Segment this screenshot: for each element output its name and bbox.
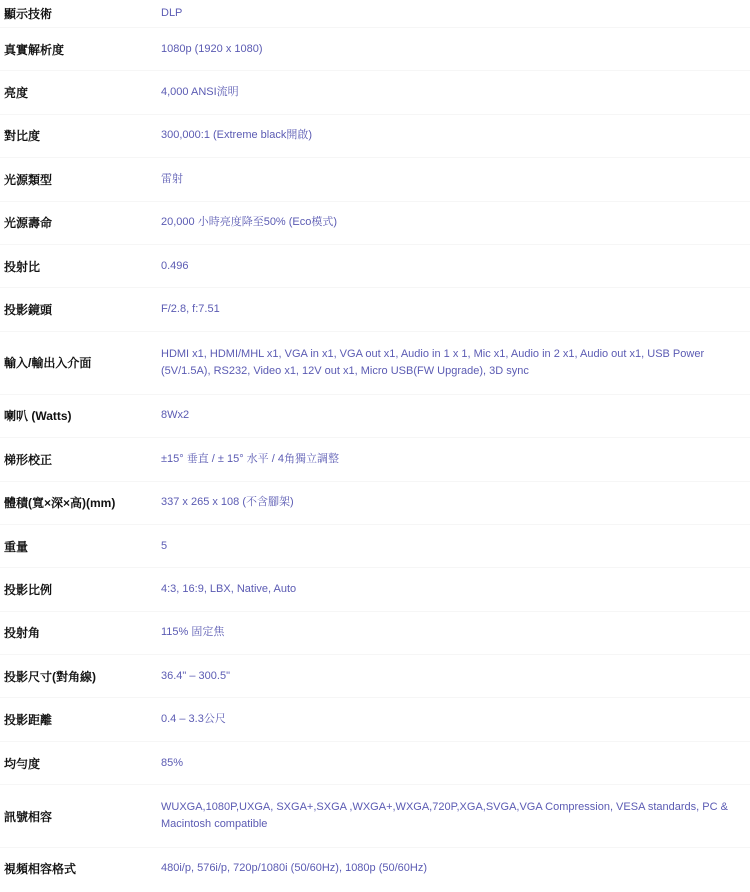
spec-value: 85% <box>161 741 750 784</box>
spec-row-brightness: 亮度 4,000 ANSI流明 <box>0 71 750 114</box>
spec-label: 投影比例 <box>0 568 161 611</box>
spec-label: 亮度 <box>0 71 161 114</box>
spec-value: 5 <box>161 524 750 567</box>
spec-value: HDMI x1, HDMI/MHL x1, VGA in x1, VGA out… <box>161 331 750 394</box>
spec-row-speaker: 喇叭 (Watts) 8Wx2 <box>0 394 750 437</box>
spec-value: 337 x 265 x 108 (不含腳架) <box>161 481 750 524</box>
spec-table: 顯示技術 DLP 真實解析度 1080p (1920 x 1080) 亮度 4,… <box>0 0 750 888</box>
spec-value: 36.4" – 300.5" <box>161 655 750 698</box>
spec-row-keystone: 梯形校正 ±15° 垂直 / ± 15° 水平 / 4角獨立調整 <box>0 438 750 481</box>
spec-label: 投射角 <box>0 611 161 654</box>
spec-row-dimensions: 體積(寬×深×高)(mm) 337 x 265 x 108 (不含腳架) <box>0 481 750 524</box>
spec-label: 喇叭 (Watts) <box>0 394 161 437</box>
spec-value: 8Wx2 <box>161 394 750 437</box>
spec-value: 0.496 <box>161 244 750 287</box>
spec-label: 輸入/輸出入介面 <box>0 331 161 394</box>
spec-row-light-source-life: 光源壽命 20,000 小時亮度降至50% (Eco模式) <box>0 201 750 244</box>
spec-value: 300,000:1 (Extreme black開啟) <box>161 114 750 157</box>
spec-label: 均勻度 <box>0 741 161 784</box>
spec-value: 480i/p, 576i/p, 720p/1080i (50/60Hz), 10… <box>161 848 750 889</box>
spec-value: 20,000 小時亮度降至50% (Eco模式) <box>161 201 750 244</box>
spec-row-uniformity: 均勻度 85% <box>0 741 750 784</box>
spec-value: F/2.8, f:7.51 <box>161 288 750 331</box>
spec-value: ±15° 垂直 / ± 15° 水平 / 4角獨立調整 <box>161 438 750 481</box>
spec-row-io-interface: 輸入/輸出入介面 HDMI x1, HDMI/MHL x1, VGA in x1… <box>0 331 750 394</box>
spec-row-video-compatibility: 視頻相容格式 480i/p, 576i/p, 720p/1080i (50/60… <box>0 848 750 889</box>
spec-label: 訊號相容 <box>0 785 161 848</box>
spec-label: 投射比 <box>0 244 161 287</box>
spec-value: DLP <box>161 0 750 28</box>
spec-label: 投影尺寸(對角線) <box>0 655 161 698</box>
spec-label: 顯示技術 <box>0 0 161 28</box>
spec-row-resolution: 真實解析度 1080p (1920 x 1080) <box>0 28 750 71</box>
spec-row-light-source-type: 光源類型 雷射 <box>0 158 750 201</box>
spec-label: 投影距離 <box>0 698 161 741</box>
spec-value: 0.4 – 3.3公尺 <box>161 698 750 741</box>
spec-row-contrast: 對比度 300,000:1 (Extreme black開啟) <box>0 114 750 157</box>
spec-row-signal-compatibility: 訊號相容 WUXGA,1080P,UXGA, SXGA+,SXGA ,WXGA+… <box>0 785 750 848</box>
spec-row-throw-ratio: 投射比 0.496 <box>0 244 750 287</box>
spec-label: 對比度 <box>0 114 161 157</box>
spec-row-aspect-ratio: 投影比例 4:3, 16:9, LBX, Native, Auto <box>0 568 750 611</box>
spec-row-projection-distance: 投影距離 0.4 – 3.3公尺 <box>0 698 750 741</box>
spec-label: 視頻相容格式 <box>0 848 161 889</box>
spec-row-lens: 投影鏡頭 F/2.8, f:7.51 <box>0 288 750 331</box>
spec-value: 4:3, 16:9, LBX, Native, Auto <box>161 568 750 611</box>
spec-row-screen-size: 投影尺寸(對角線) 36.4" – 300.5" <box>0 655 750 698</box>
spec-value: 雷射 <box>161 158 750 201</box>
spec-label: 體積(寬×深×高)(mm) <box>0 481 161 524</box>
spec-label: 真實解析度 <box>0 28 161 71</box>
spec-label: 光源類型 <box>0 158 161 201</box>
spec-label: 投影鏡頭 <box>0 288 161 331</box>
spec-label: 梯形校正 <box>0 438 161 481</box>
spec-row-projection-angle: 投射角 115% 固定焦 <box>0 611 750 654</box>
spec-value: 1080p (1920 x 1080) <box>161 28 750 71</box>
spec-label: 光源壽命 <box>0 201 161 244</box>
spec-value: 4,000 ANSI流明 <box>161 71 750 114</box>
spec-row-display-tech: 顯示技術 DLP <box>0 0 750 28</box>
spec-row-weight: 重量 5 <box>0 524 750 567</box>
spec-label: 重量 <box>0 524 161 567</box>
spec-value: WUXGA,1080P,UXGA, SXGA+,SXGA ,WXGA+,WXGA… <box>161 785 750 848</box>
spec-value: 115% 固定焦 <box>161 611 750 654</box>
